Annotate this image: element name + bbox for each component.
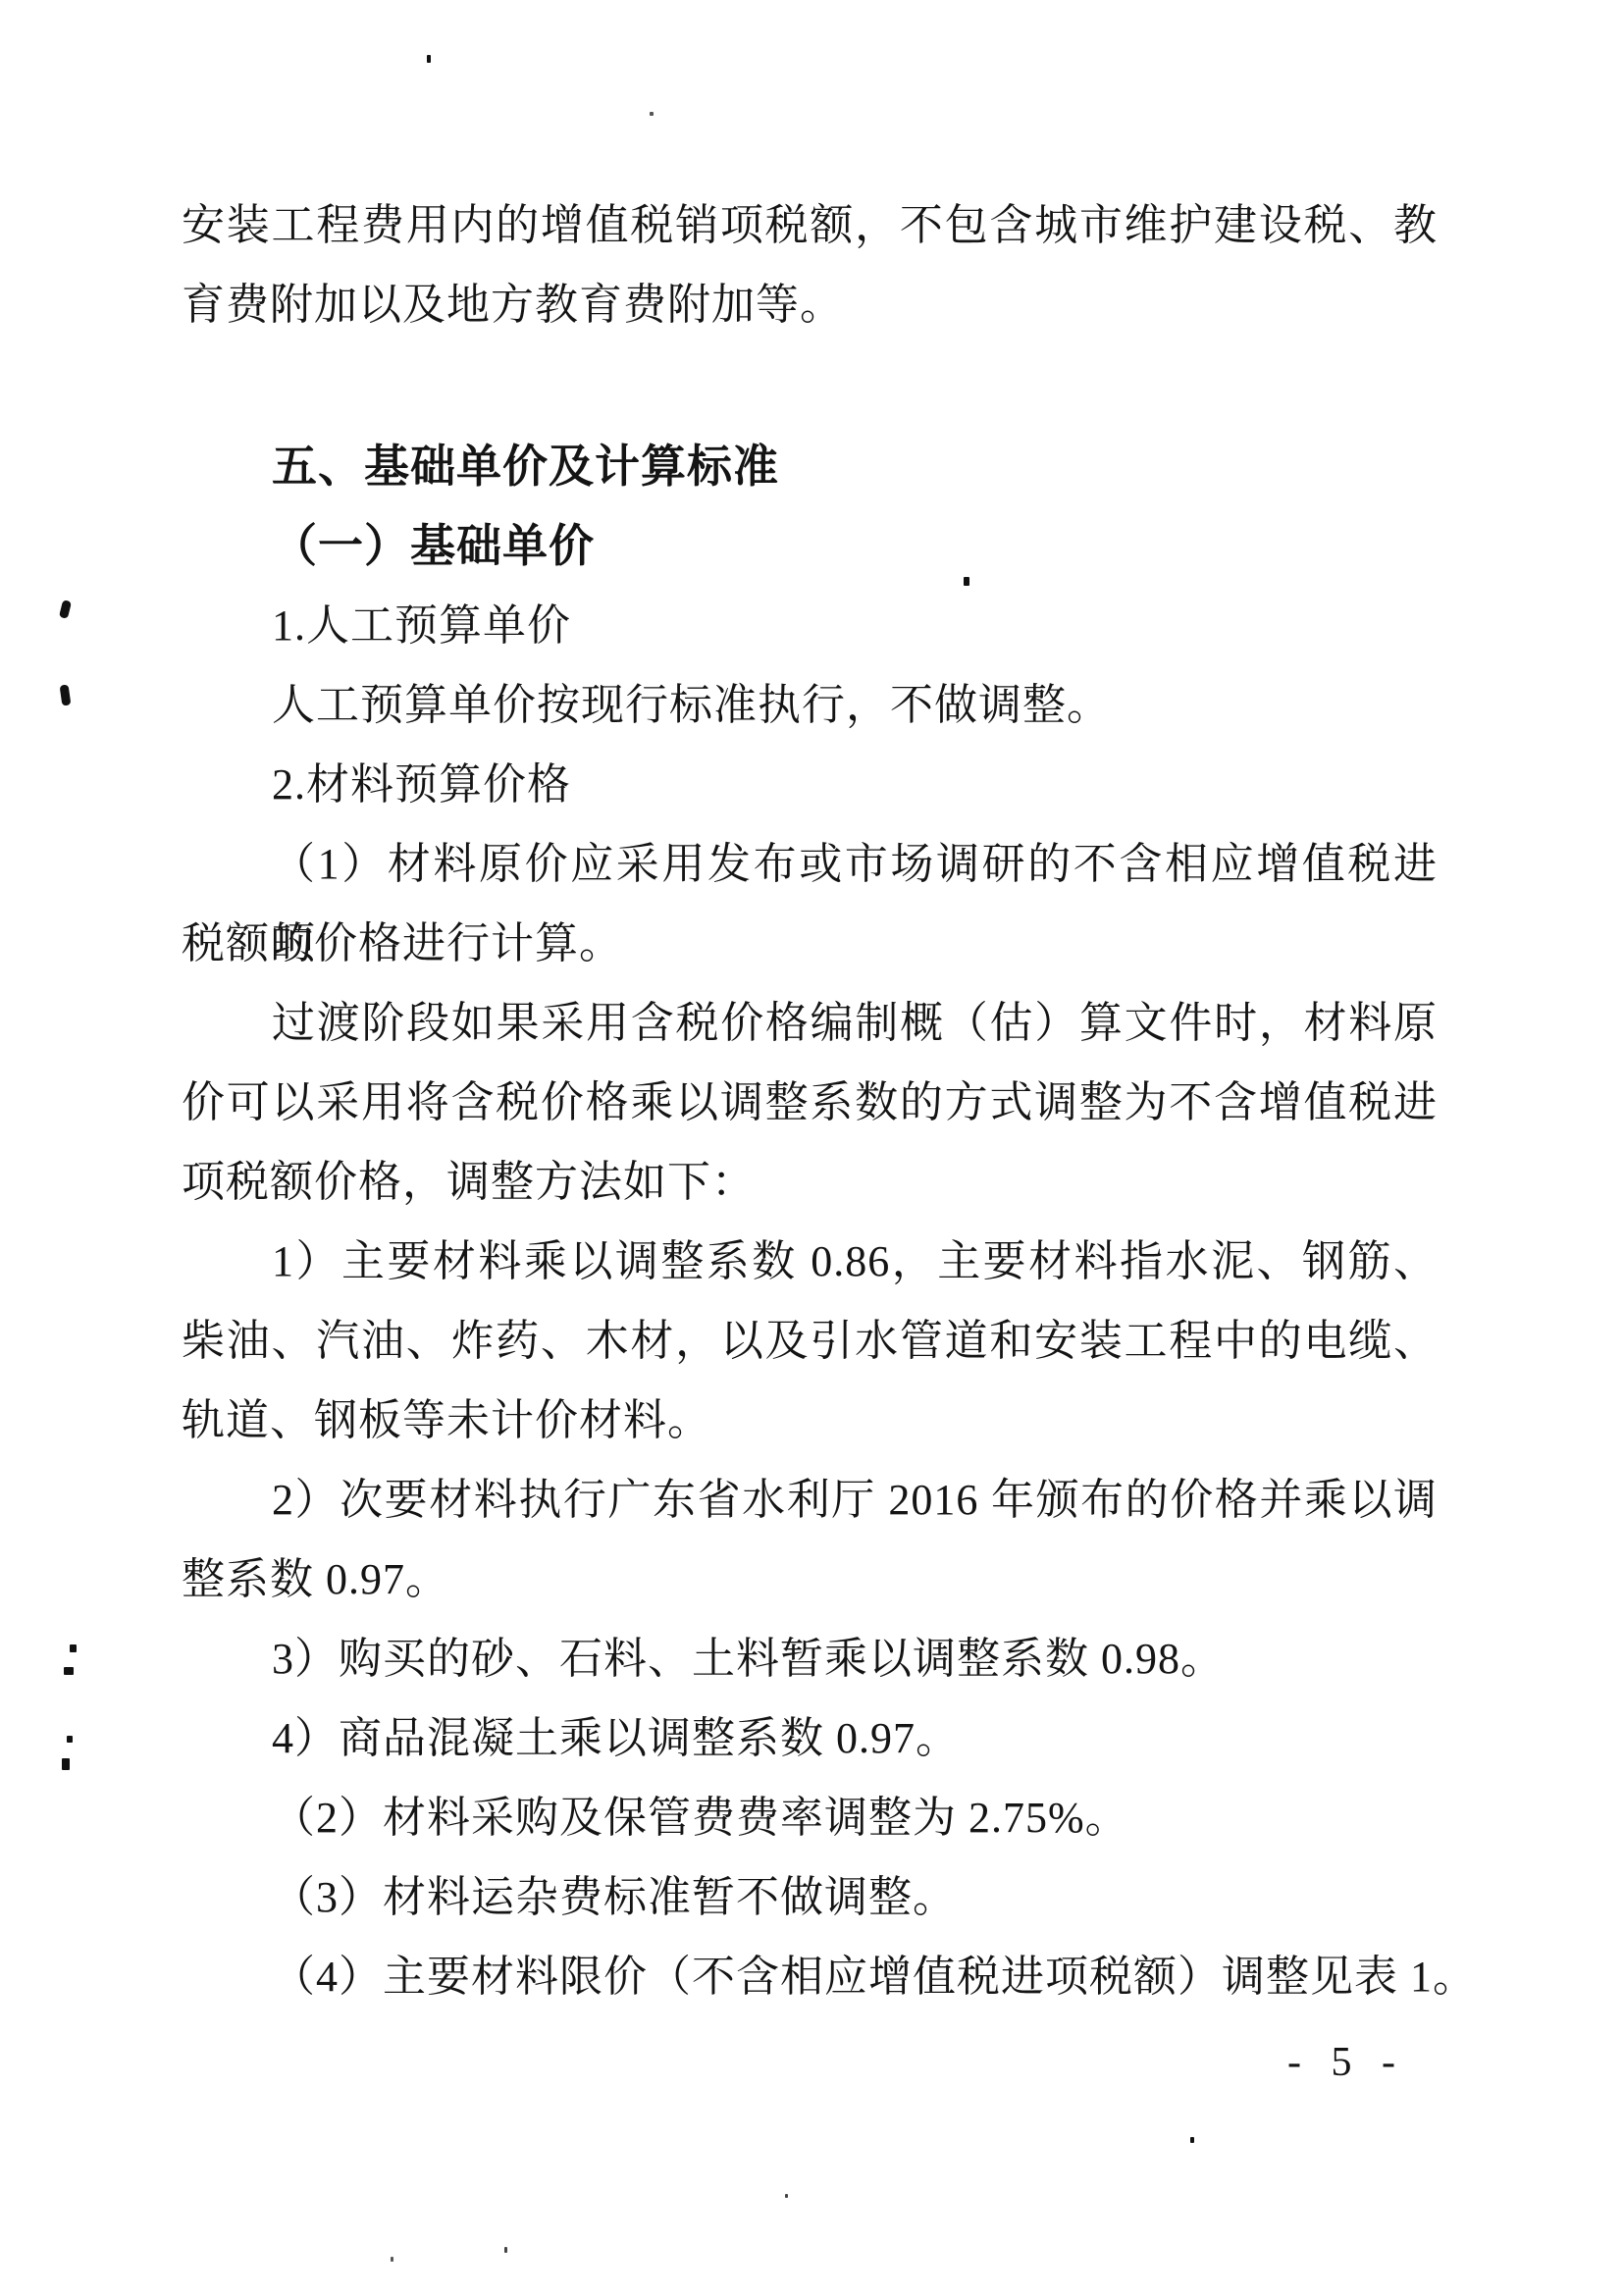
text-line: 整系数 0.97。 [182, 1539, 1438, 1619]
ink-speck [64, 1667, 74, 1675]
ink-speck [391, 2257, 393, 2262]
text-line: 轨道、钢板等未计价材料。 [182, 1381, 1438, 1460]
ink-speck [70, 1644, 77, 1652]
text-line: （3）材料运杂费标准暂不做调整。 [182, 1857, 1438, 1937]
ink-speck [964, 577, 969, 586]
text-line: 1.人工预算单价 [182, 586, 1438, 665]
ink-speck [1190, 2137, 1194, 2143]
text-line: 安装工程费用内的增值税销项税额，不包含城市维护建设税、教 [182, 185, 1438, 265]
text-line: （2）材料采购及保管费费率调整为 2.75%。 [182, 1778, 1438, 1857]
text-line: 1）主要材料乘以调整系数 0.86，主要材料指水泥、钢筋、 [182, 1222, 1438, 1301]
ink-speck [650, 112, 654, 116]
text-line: 2.材料预算价格 [182, 745, 1438, 824]
text-line: 人工预算单价按现行标准执行，不做调整。 [182, 665, 1438, 745]
ink-speck [785, 2194, 788, 2198]
text-line: 过渡阶段如果采用含税价格编制概（估）算文件时，材料原 [182, 983, 1438, 1063]
ink-speck [59, 600, 72, 619]
text-line: 税额的价格进行计算。 [182, 904, 1438, 983]
text-line: 3）购买的砂、石料、土料暂乘以调整系数 0.98。 [182, 1619, 1438, 1698]
ink-speck [62, 1758, 70, 1770]
ink-speck [67, 1736, 73, 1743]
ink-speck [427, 55, 431, 63]
ink-speck [60, 684, 72, 705]
text-line: 价可以采用将含税价格乘以调整系数的方式调整为不含增值税进 [182, 1063, 1438, 1142]
text-line: 柴油、汽油、炸药、木材，以及引水管道和安装工程中的电缆、 [182, 1301, 1438, 1381]
text-line: 4）商品混凝土乘以调整系数 0.97。 [182, 1698, 1438, 1778]
section-heading: 五、基础单价及计算标准 [182, 427, 1438, 506]
text-line: （1）材料原价应采用发布或市场调研的不含相应增值税进项 [182, 824, 1438, 904]
text-line: （4）主要材料限价（不含相应增值税进项税额）调整见表 1。 [182, 1937, 1438, 2016]
ink-speck [504, 2247, 507, 2253]
scanned-document-page: 安装工程费用内的增值税销项税额，不包含城市维护建设税、教 育费附加以及地方教育费… [0, 0, 1623, 2296]
text-line: 项税额价格，调整方法如下： [182, 1142, 1438, 1222]
subsection-heading: （一）基础单价 [182, 506, 1438, 586]
text-line: 育费附加以及地方教育费附加等。 [182, 265, 1438, 344]
text-line: 2）次要材料执行广东省水利厅 2016 年颁布的价格并乘以调 [182, 1460, 1438, 1539]
page-number: - 5 - [1287, 2039, 1405, 2086]
document-body: 安装工程费用内的增值税销项税额，不包含城市维护建设税、教 育费附加以及地方教育费… [182, 185, 1438, 2016]
